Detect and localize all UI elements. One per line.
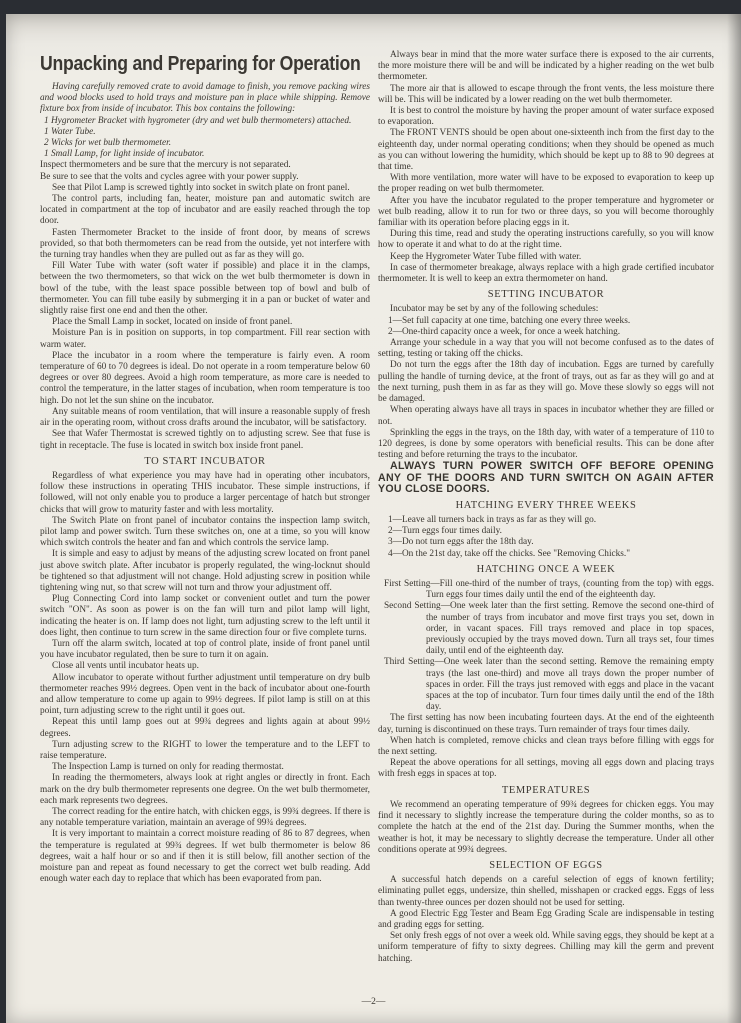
section-heading-once-a-week: HATCHING ONCE A WEEK xyxy=(378,564,714,575)
paragraph: Be sure to see that the volts and cycles… xyxy=(40,172,370,183)
paragraph: The Switch Plate on front panel of incub… xyxy=(40,516,370,550)
section-heading-selection-of-eggs: SELECTION OF EGGS xyxy=(378,860,714,871)
section-heading-temperatures: TEMPERATURES xyxy=(378,785,714,796)
paragraph: The Inspection Lamp is turned on only fo… xyxy=(40,762,370,773)
setting-item: Third Setting—One week later than the se… xyxy=(378,657,714,713)
paragraph: In reading the thermometers, always look… xyxy=(40,773,370,807)
step-item: 4—On the 21st day, take off the chicks. … xyxy=(378,549,714,560)
paragraph: The control parts, including fan, heater… xyxy=(40,194,370,228)
page-title: Unpacking and Preparing for Operation xyxy=(40,52,324,76)
paragraph: The more air that is allowed to escape t… xyxy=(378,84,714,106)
power-switch-warning: ALWAYS TURN POWER SWITCH OFF BEFORE OPEN… xyxy=(378,461,714,496)
paragraph: Fasten Thermometer Bracket to the inside… xyxy=(40,228,370,262)
paragraph: Moisture Pan is in position on supports,… xyxy=(40,328,370,350)
paragraph: Close all vents until incubator heats up… xyxy=(40,661,370,672)
unpacking-paragraphs: Inspect thermometers and be sure that th… xyxy=(40,160,370,451)
paragraph: When operating always have all trays in … xyxy=(378,405,714,427)
section-heading-to-start: TO START INCUBATOR xyxy=(40,456,370,467)
list-item: 1 Water Tube. xyxy=(40,127,370,138)
paragraph: The first setting has now been incubatin… xyxy=(378,713,714,735)
paragraph: When hatch is completed, remove chicks a… xyxy=(378,736,714,758)
paragraph: Do not turn the eggs after the 18th day … xyxy=(378,360,714,405)
paragraph: Keep the Hygrometer Water Tube filled wi… xyxy=(378,252,714,263)
step-item: 1—Leave all turners back in trays as far… xyxy=(378,515,714,526)
paragraph: Place the incubator in a room where the … xyxy=(40,351,370,407)
paragraph: The FRONT VENTS should be open about one… xyxy=(378,128,714,173)
section-heading-three-weeks: HATCHING EVERY THREE WEEKS xyxy=(378,500,714,511)
paragraph: After you have the incubator regulated t… xyxy=(378,196,714,230)
paragraph: Set only fresh eggs of not over a week o… xyxy=(378,931,714,965)
scanned-page: Unpacking and Preparing for Operation Ha… xyxy=(6,14,741,1023)
start-paragraphs: Regardless of what experience you may ha… xyxy=(40,471,370,886)
list-item: 2 Wicks for wet bulb thermometer. xyxy=(40,138,370,149)
paragraph: See that Pilot Lamp is screwed tightly i… xyxy=(40,183,370,194)
after-settings-paragraphs: The first setting has now been incubatin… xyxy=(378,713,714,780)
paragraph: See that Wafer Thermostat is screwed tig… xyxy=(40,429,370,451)
schedule-item: 2—One-third capacity once a week, for on… xyxy=(378,327,714,338)
paragraph: Arrange your schedule in a way that you … xyxy=(378,338,714,360)
section-heading-setting: SETTING INCUBATOR xyxy=(378,289,714,300)
paragraph: Repeat this until lamp goes out at 99¾ d… xyxy=(40,717,370,739)
schedule-item: 1—Set full capacity at one time, batchin… xyxy=(378,316,714,327)
paragraph: A good Electric Egg Tester and Beam Egg … xyxy=(378,909,714,931)
eggs-paragraphs: A successful hatch depends on a careful … xyxy=(378,875,714,965)
page-number: —2— xyxy=(6,997,741,1007)
paragraph: Always bear in mind that the more water … xyxy=(378,50,714,84)
left-column: Having carefully removed crate to avoid … xyxy=(40,82,370,885)
paragraph: Regardless of what experience you may ha… xyxy=(40,471,370,516)
paragraph: It is simple and easy to adjust by means… xyxy=(40,549,370,594)
paragraph: With more ventilation, more water will h… xyxy=(378,173,714,195)
paragraph: A successful hatch depends on a careful … xyxy=(378,875,714,909)
box-contents-list: 1 Hygrometer Bracket with hygrometer (dr… xyxy=(40,116,370,161)
paragraph: Turn off the alarm switch, located at to… xyxy=(40,639,370,661)
temperatures-paragraph: We recommend an operating temperature of… xyxy=(378,800,714,856)
paragraph: Inspect thermometers and be sure that th… xyxy=(40,160,370,171)
intro-paragraph: Having carefully removed crate to avoid … xyxy=(40,82,370,116)
paragraph: The correct reading for the entire hatch… xyxy=(40,807,370,829)
paragraph: In case of thermometer breakage, always … xyxy=(378,263,714,285)
paragraph: Sprinkling the eggs in the trays, on the… xyxy=(378,428,714,462)
step-item: 3—Do not turn eggs after the 18th day. xyxy=(378,537,714,548)
paragraph: Turn adjusting screw to the RIGHT to low… xyxy=(40,740,370,762)
setting-item: Second Setting—One week later than the f… xyxy=(378,601,714,657)
paragraph: Allow incubator to operate without furth… xyxy=(40,673,370,718)
paragraph: It is best to control the moisture by ha… xyxy=(378,106,714,128)
list-item: 1 Hygrometer Bracket with hygrometer (dr… xyxy=(40,116,370,127)
paragraph: Place the Small Lamp in socket, located … xyxy=(40,317,370,328)
right-column: Always bear in mind that the more water … xyxy=(378,50,714,965)
paragraph: Any suitable means of room ventilation, … xyxy=(40,407,370,429)
step-item: 2—Turn eggs four times daily. xyxy=(378,526,714,537)
paragraph: During this time, read and study the ope… xyxy=(378,229,714,251)
list-item: 1 Small Lamp, for light inside of incuba… xyxy=(40,149,370,160)
paragraph: Fill Water Tube with water (soft water i… xyxy=(40,261,370,317)
moisture-paragraphs: Always bear in mind that the more water … xyxy=(378,50,714,285)
setting-paragraphs: Arrange your schedule in a way that you … xyxy=(378,338,714,461)
paragraph: Plug Connecting Cord into lamp socket or… xyxy=(40,594,370,639)
setting-intro: Incubator may be set by any of the follo… xyxy=(378,304,714,315)
paragraph: It is very important to maintain a corre… xyxy=(40,829,370,885)
setting-item: First Setting—Fill one-third of the numb… xyxy=(378,579,714,601)
paragraph: Repeat the above operations for all sett… xyxy=(378,758,714,780)
